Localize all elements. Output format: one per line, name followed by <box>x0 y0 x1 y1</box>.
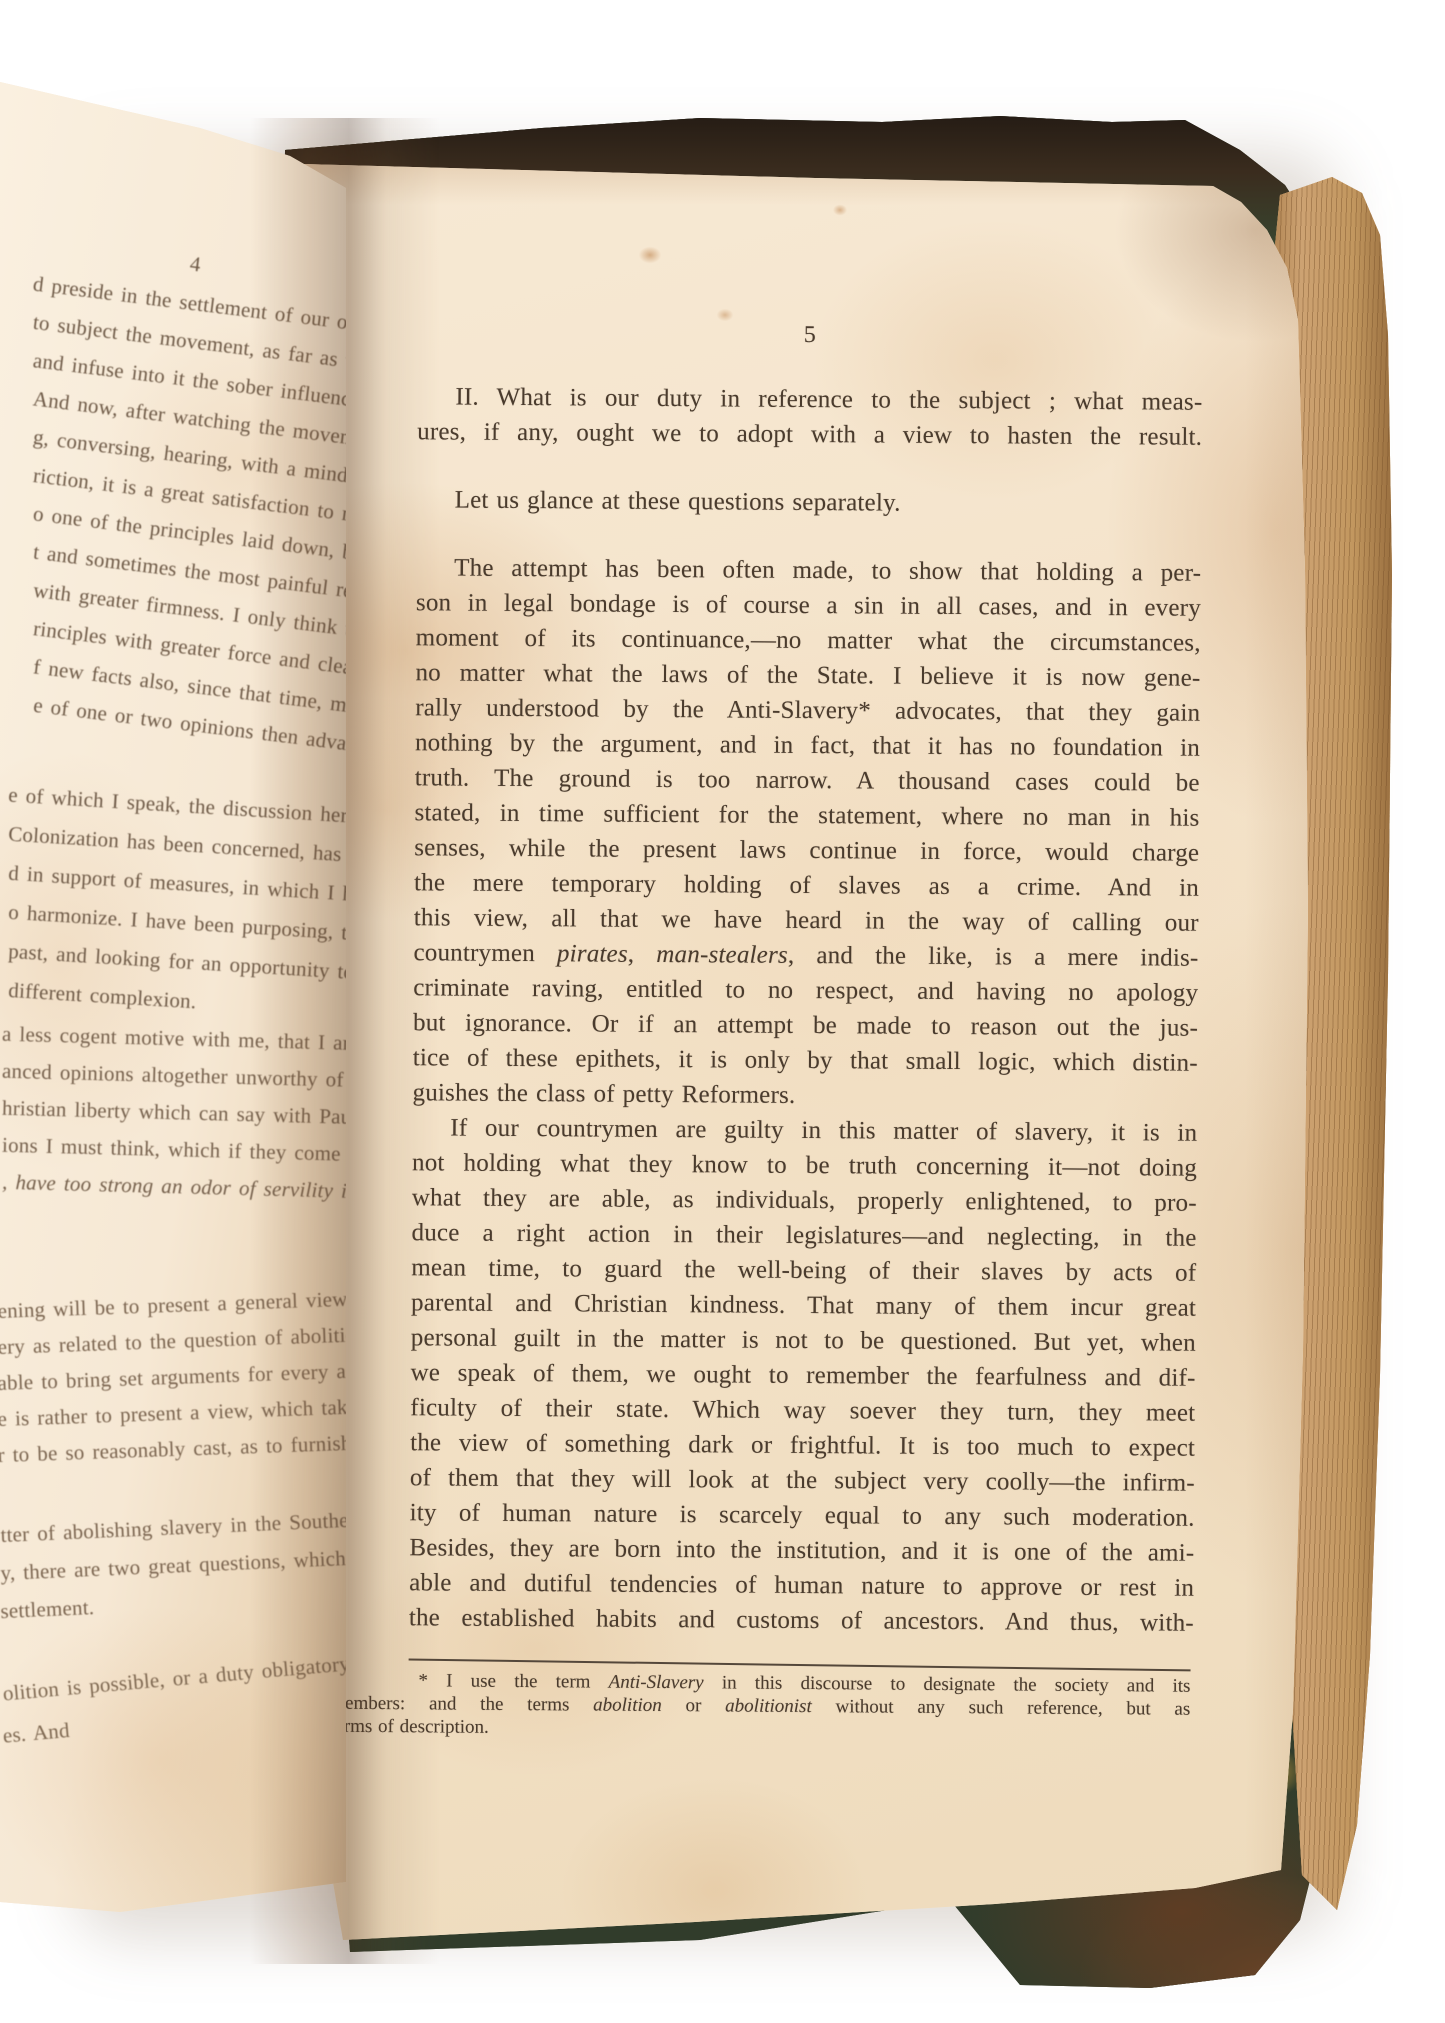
text-line: moment of its continuance,—no matter wha… <box>416 620 1201 660</box>
body-text: II. What is our duty in reference to the… <box>409 379 1203 1640</box>
text-line: criminate raving, entitled to no respect… <box>413 970 1198 1010</box>
text-line: stated, in time sufficient for the state… <box>414 795 1199 835</box>
text-line: this view, all that we have heard in the… <box>414 900 1199 940</box>
right-page: 5 II. What is our duty in reference to t… <box>295 150 1335 1950</box>
right-page-text: 5 II. What is our duty in reference to t… <box>408 317 1203 1744</box>
text-line: personal guilt in the matter is not to b… <box>411 1320 1196 1360</box>
text-line: Besides, they are born into the institut… <box>409 1530 1194 1570</box>
paragraph: Let us glance at these questions separat… <box>417 482 1202 522</box>
text-line: no matter what the laws of the State. I … <box>415 655 1200 695</box>
text-line: duce a right action in their legislature… <box>411 1215 1196 1255</box>
text-line: parental and Christian kindness. That ma… <box>411 1285 1196 1325</box>
text-line: truth. The ground is too narrow. A thous… <box>415 760 1200 800</box>
text-line: of them that they will look at the subje… <box>410 1460 1195 1500</box>
text-line: the established habits and customs of an… <box>409 1600 1194 1640</box>
text-line: ficulty of their state. Which way soever… <box>410 1390 1195 1430</box>
left-page-text-layer: 4 d preside in the settlement of our opi… <box>0 60 346 1960</box>
text-line: Let us glance at these questions separat… <box>417 482 1202 522</box>
text-line: but ignorance. Or if an attempt be made … <box>413 1005 1198 1045</box>
book-photo: 5 II. What is our duty in reference to t… <box>0 0 1445 2023</box>
text-line: ures, if any, ought we to adopt with a v… <box>417 414 1202 454</box>
left-page-number: 4 <box>189 251 202 277</box>
paragraph: II. What is our duty in reference to the… <box>417 379 1202 454</box>
text-line: what they are able, as individuals, prop… <box>412 1180 1197 1220</box>
left-page: 4 d preside in the settlement of our opi… <box>0 60 346 1960</box>
footnote: * I use the term Anti-Slavery in this di… <box>330 1670 1190 1745</box>
left-page-fragment-group: tter of abolishing slavery in the Southe… <box>0 1500 346 1630</box>
text-line: tice of these epithets, it is only by th… <box>413 1040 1198 1080</box>
text-line: guishes the class of petty Reformers. <box>412 1075 1197 1115</box>
text-line: the mere temporary holding of slaves as … <box>414 865 1199 905</box>
right-page-number: 5 <box>418 317 1203 352</box>
text-line: mean time, to guard the well-being of th… <box>411 1250 1196 1290</box>
text-line: II. What is our duty in reference to the… <box>417 379 1202 419</box>
left-page-fragment-group: olition is possible, or a duty obligator… <box>1 1640 346 1757</box>
text-line: son in legal bondage is of course a sin … <box>416 585 1201 625</box>
footnote-rule <box>409 1659 1191 1672</box>
text-line: senses, while the present laws continue … <box>414 830 1199 870</box>
text-line: nothing by the argument, and in fact, th… <box>415 725 1200 765</box>
left-page-fragment-group: e of which I speak, the discussion here … <box>0 776 346 1035</box>
text-line: countrymen pirates, man-stealers, and th… <box>413 935 1198 975</box>
left-page-fragment-group: d preside in the settlement of our opini… <box>0 265 346 774</box>
paragraph: If our countrymen are guilty in this mat… <box>409 1110 1198 1640</box>
text-line: The attempt has been often made, to show… <box>416 550 1201 590</box>
text-line: rally understood by the Anti-Slavery* ad… <box>415 690 1200 730</box>
text-line: not holding what they know to be truth c… <box>412 1145 1197 1185</box>
text-line: the view of something dark or frightful.… <box>410 1425 1195 1465</box>
left-text-fragment: , have too strong an odor of servility i… <box>2 1164 346 1212</box>
text-line: we speak of them, we ought to remember t… <box>410 1355 1195 1395</box>
text-line: ity of human nature is scarcely equal to… <box>410 1495 1195 1535</box>
left-page-fragment-group: a less cogent motive with me, that I am … <box>0 1016 346 1212</box>
text-line: If our countrymen are guilty in this mat… <box>412 1110 1197 1150</box>
paragraph: The attempt has been often made, to show… <box>412 550 1201 1115</box>
left-page-fragment-group: ening will be to present a general view … <box>0 1279 346 1473</box>
text-line: able and dutiful tendencies of human nat… <box>409 1565 1194 1605</box>
